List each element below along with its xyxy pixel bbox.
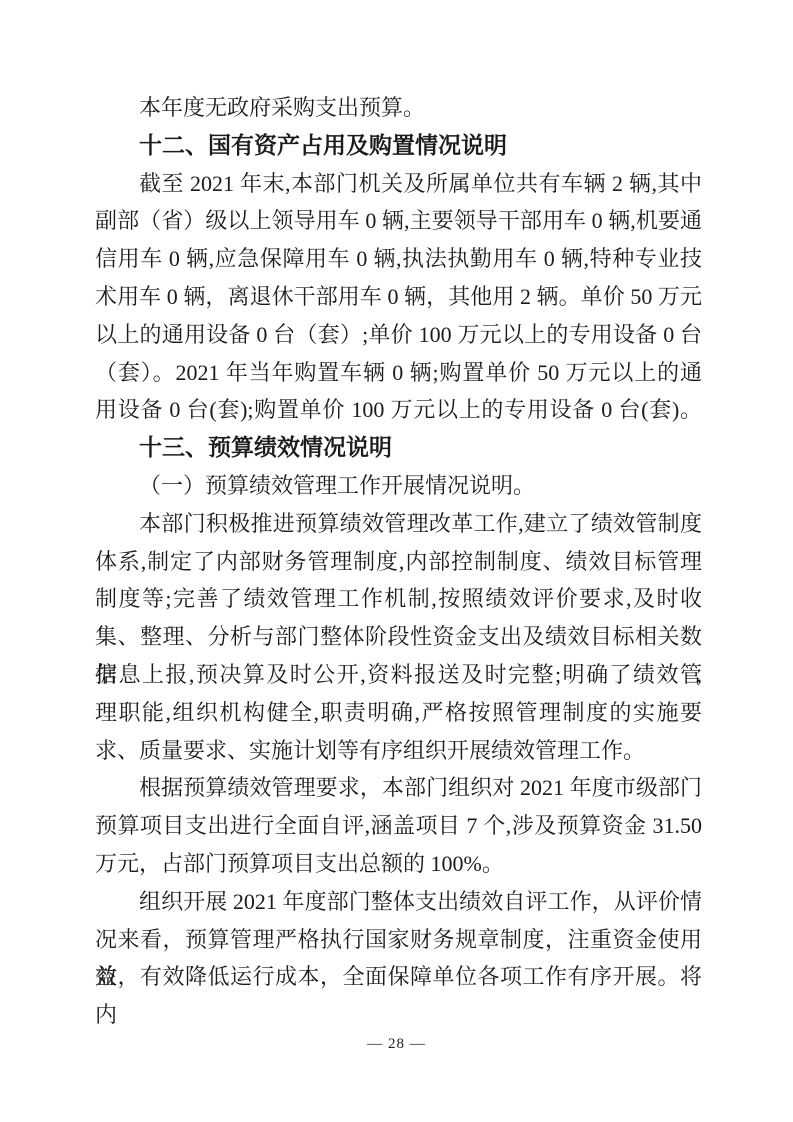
paragraph-line: 信用车 0 辆,应急保障用车 0 辆,执法执勤用车 0 辆,特种专业技: [95, 240, 702, 278]
paragraph-line: 况来看，预算管理严格执行国家财务规章制度，注重资金使用效: [95, 921, 702, 959]
paragraph-line: 万元，占部门预算项目支出总额的 100%。: [95, 845, 702, 883]
paragraph-line: 制度等;完善了绩效管理工作机制,按照绩效评价要求,及时收: [95, 580, 702, 618]
paragraph-line: 益，有效降低运行成本，全面保障单位各项工作有序开展。将内: [95, 958, 702, 996]
document-body: 本年度无政府采购支出预算。 十二、国有资产占用及购置情况说明 截至 2021 年…: [95, 89, 702, 996]
paragraph-line: 本年度无政府采购支出预算。: [95, 89, 702, 127]
paragraph-line: 用设备 0 台(套);购置单价 100 万元以上的专用设备 0 台(套)。: [95, 391, 702, 429]
sub-heading-line: （一）预算绩效管理工作开展情况说明。: [95, 467, 702, 505]
paragraph-line: 截至 2021 年末,本部门机关及所属单位共有车辆 2 辆,其中: [95, 165, 702, 203]
paragraph-line: 根据预算绩效管理要求，本部门组织对 2021 年度市级部门: [95, 769, 702, 807]
paragraph-line: 集、整理、分析与部门整体阶段性资金支出及绩效目标相关数据,: [95, 618, 702, 656]
document-page: 本年度无政府采购支出预算。 十二、国有资产占用及购置情况说明 截至 2021 年…: [0, 0, 793, 1122]
paragraph-line: 理职能,组织机构健全,职责明确,严格按照管理制度的实施要: [95, 694, 702, 732]
paragraph-line: 以上的通用设备 0 台（套）;单价 100 万元以上的专用设备 0 台: [95, 316, 702, 354]
paragraph-line: 术用车 0 辆，离退休干部用车 0 辆，其他用 2 辆。单价 50 万元: [95, 278, 702, 316]
page-number: — 28 —: [0, 1036, 793, 1053]
paragraph-line: 预算项目支出进行全面自评,涵盖项目 7 个,涉及预算资金 31.50: [95, 807, 702, 845]
section-heading-12: 十二、国有资产占用及购置情况说明: [95, 127, 702, 165]
paragraph-line: 信息上报,预决算及时公开,资料报送及时完整;明确了绩效管: [95, 656, 702, 694]
section-heading-13: 十三、预算绩效情况说明: [95, 429, 702, 467]
paragraph-line: 组织开展 2021 年度部门整体支出绩效自评工作，从评价情: [95, 883, 702, 921]
paragraph-line: 求、质量要求、实施计划等有序组织开展绩效管理工作。: [95, 732, 702, 770]
paragraph-line: 副部（省）级以上领导用车 0 辆,主要领导干部用车 0 辆,机要通: [95, 202, 702, 240]
paragraph-line: 本部门积极推进预算绩效管理改革工作,建立了绩效管制度: [95, 505, 702, 543]
paragraph-line: （套）。2021 年当年购置车辆 0 辆;购置单价 50 万元以上的通: [95, 354, 702, 392]
paragraph-line: 体系,制定了内部财务管理制度,内部控制制度、绩效目标管理: [95, 543, 702, 581]
